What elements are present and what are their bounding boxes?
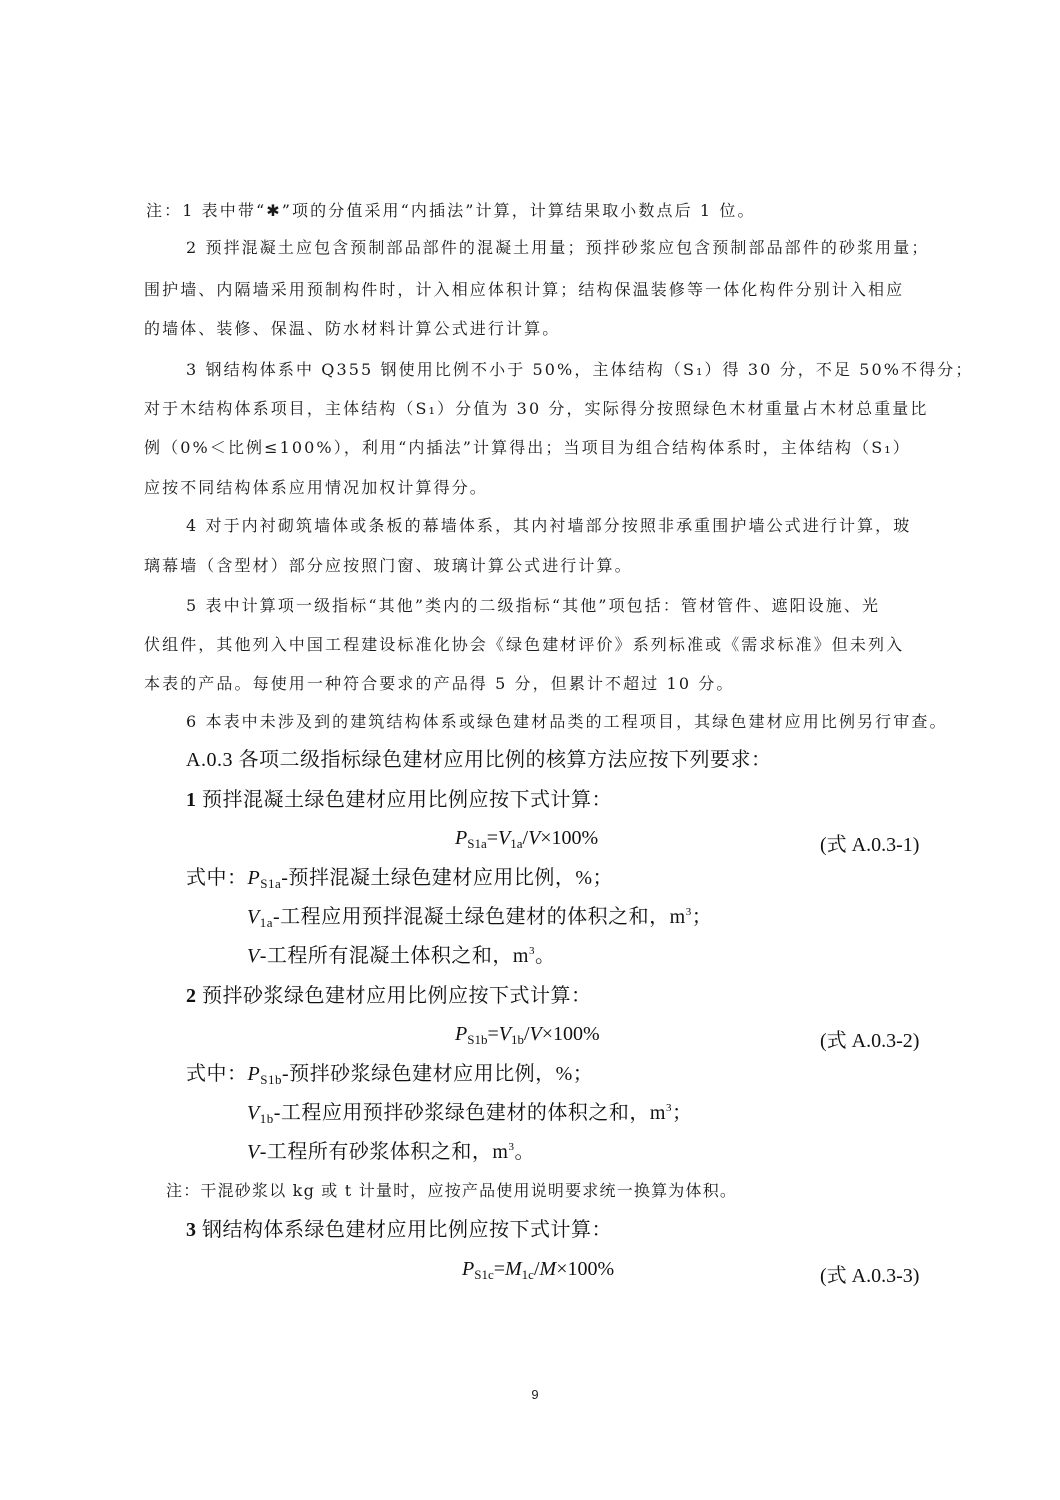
where-label-2: 式中：: [186, 1063, 248, 1085]
def-2-2-sub: 1b: [260, 1111, 274, 1126]
def-2-3: V-工程所有砂浆体积之和，m3。: [247, 1142, 535, 1162]
item-1-number: 1: [186, 789, 197, 811]
section-heading: A.0.3 各项二级指标绿色建材应用比例的核算方法应按下列要求：: [186, 750, 771, 770]
def-1-1-sym: P: [248, 867, 261, 889]
formula-2-lhs: P: [455, 1023, 467, 1045]
def-1-2: V1a-工程应用预拌混凝土绿色建材的体积之和，m3；: [247, 907, 712, 929]
formula-3-v2: M: [540, 1258, 557, 1280]
def-1-1-text: -预拌混凝土绿色建材应用比例，%；: [281, 867, 613, 889]
formula-2-v1: V: [499, 1023, 511, 1045]
def-2-3-end: 。: [514, 1141, 535, 1163]
where-label-1: 式中：: [186, 867, 248, 889]
formula-3-eq: =: [494, 1258, 505, 1280]
note-3-line-3: 例（0%＜比例≤100%），利用“内插法”计算得出；当项目为组合结构体系时，主体…: [144, 440, 911, 456]
formula-2: PS1b=V1b/V×100%: [455, 1024, 600, 1046]
def-2-1-sub: S1b: [260, 1072, 282, 1087]
formula-1-tail: ×100%: [540, 827, 598, 849]
note-4-line-2: 璃幕墙（含型材）部分应按照门窗、玻璃计算公式进行计算。: [144, 558, 633, 574]
def-2-3-text: -工程所有砂浆体积之和，m: [260, 1141, 509, 1163]
asterisk-icon: ✱: [266, 201, 282, 220]
note-1-suffix: ”项的分值采用“内插法”计算，计算结果取小数点后 1 位。: [282, 201, 756, 220]
formula-1-lhs-sub: S1a: [467, 836, 487, 851]
note-3-line-4: 应按不同结构体系应用情况加权计算得分。: [144, 480, 488, 496]
formula-3: PS1c=M1c/M×100%: [462, 1259, 614, 1281]
note-3-line-2: 对于木结构体系项目，主体结构（S₁）分值为 30 分，实际得分按照绿色木材重量占…: [144, 401, 929, 417]
def-1-2-text: -工程应用预拌混凝土绿色建材的体积之和，m: [273, 906, 686, 928]
item-3-title: 3 钢结构体系绿色建材应用比例应按下式计算：: [186, 1220, 612, 1240]
note-2-line-1: 2 预拌混凝土应包含预制部品部件的混凝土用量；预拌砂浆应包含预制部品部件的砂浆用…: [186, 240, 929, 256]
note-1-prefix: 注：1 表中带“: [146, 201, 266, 220]
formula-3-lhs: P: [462, 1258, 474, 1280]
equation-number-2: (式 A.0.3-2): [820, 1024, 919, 1053]
note-5-line-3: 本表的产品。每使用一种符合要求的产品得 5 分，但累计不超过 10 分。: [144, 676, 734, 692]
def-1-1: 式中：PS1a-预拌混凝土绿色建材应用比例，%；: [186, 868, 613, 890]
formula-3-tail: ×100%: [556, 1258, 614, 1280]
formula-2-lhs-sub: S1b: [467, 1032, 487, 1047]
note-1: 注：1 表中带“✱”项的分值采用“内插法”计算，计算结果取小数点后 1 位。: [146, 203, 756, 219]
item-2-title-text: 预拌砂浆绿色建材应用比例应按下式计算：: [197, 985, 592, 1007]
formula-1-v1: V: [498, 827, 510, 849]
item-3-number: 3: [186, 1219, 197, 1241]
formula-2-tail: ×100%: [542, 1023, 600, 1045]
note-5-line-1: 5 表中计算项一级指标“其他”类内的二级指标“其他”项包括：管材管件、遮阳设施、…: [186, 598, 880, 614]
document-page: 注：1 表中带“✱”项的分值采用“内插法”计算，计算结果取小数点后 1 位。 2…: [0, 0, 1060, 1500]
formula-2-eq: =: [487, 1023, 498, 1045]
def-1-3-end: 。: [535, 945, 556, 967]
equation-number-3: (式 A.0.3-3): [820, 1259, 919, 1288]
def-2-1: 式中：PS1b-预拌砂浆绿色建材应用比例，%；: [186, 1064, 593, 1086]
def-1-3: V-工程所有混凝土体积之和，m3。: [247, 946, 555, 966]
formula-3-lhs-sub: S1c: [474, 1267, 494, 1282]
note-2-line-2: 围护墙、内隔墙采用预制构件时，计入相应体积计算；结构保温装修等一体化构件分别计入…: [144, 282, 904, 298]
page-number: 9: [0, 1387, 1060, 1402]
def-1-1-sub: S1a: [260, 876, 281, 891]
note-2-line-3: 的墙体、装修、保温、防水材料计算公式进行计算。: [144, 321, 560, 337]
formula-2-v2: V: [530, 1023, 542, 1045]
note-4-line-1: 4 对于内衬砌筑墙体或条板的幕墙体系，其内衬墙部分按照非承重围护墙公式进行计算，…: [186, 518, 911, 534]
item-1-title-text: 预拌混凝土绿色建材应用比例应按下式计算：: [197, 789, 613, 811]
def-2-3-sym: V: [247, 1141, 260, 1163]
def-2-2-sym: V: [247, 1102, 260, 1124]
def-2-2: V1b-工程应用预拌砂浆绿色建材的体积之和，m3；: [247, 1103, 692, 1125]
formula-3-v1: M: [505, 1258, 522, 1280]
def-2-1-sym: P: [248, 1063, 261, 1085]
def-1-3-sym: V: [247, 945, 260, 967]
def-1-2-sym: V: [247, 906, 260, 928]
def-1-2-end: ；: [692, 906, 713, 928]
def-2-2-text: -工程应用预拌砂浆绿色建材的体积之和，m: [274, 1102, 666, 1124]
formula-1-lhs: P: [455, 827, 467, 849]
formula-2-v1-sub: 1b: [511, 1032, 524, 1047]
formula-1-v1-sub: 1a: [510, 836, 522, 851]
equation-number-1: (式 A.0.3-1): [820, 828, 919, 857]
formula-1-v2: V: [528, 827, 540, 849]
def-1-3-text: -工程所有混凝土体积之和，m: [260, 945, 529, 967]
note-3-line-1: 3 钢结构体系中 Q355 钢使用比例不小于 50%，主体结构（S₁）得 30 …: [186, 362, 974, 378]
def-2-1-text: -预拌砂浆绿色建材应用比例，%；: [282, 1063, 593, 1085]
def-1-2-sub: 1a: [260, 915, 273, 930]
note-5-line-2: 伏组件，其他列入中国工程建设标准化协会《绿色建材评价》系列标准或《需求标准》但未…: [144, 637, 904, 653]
formula-1: PS1a=V1a/V×100%: [455, 828, 598, 850]
item-2-number: 2: [186, 985, 197, 1007]
formula-1-eq: =: [487, 827, 498, 849]
item-1-title: 1 预拌混凝土绿色建材应用比例应按下式计算：: [186, 790, 612, 810]
note-dry-mortar: 注：干混砂浆以 kg 或 t 计量时，应按产品使用说明要求统一换算为体积。: [166, 1183, 737, 1199]
item-2-title: 2 预拌砂浆绿色建材应用比例应按下式计算：: [186, 986, 592, 1006]
formula-3-v1-sub: 1c: [522, 1267, 534, 1282]
item-3-title-text: 钢结构体系绿色建材应用比例应按下式计算：: [197, 1219, 613, 1241]
note-6: 6 本表中未涉及到的建筑结构体系或绿色建材品类的工程项目，其绿色建材应用比例另行…: [186, 714, 948, 730]
def-2-2-end: ；: [672, 1102, 693, 1124]
